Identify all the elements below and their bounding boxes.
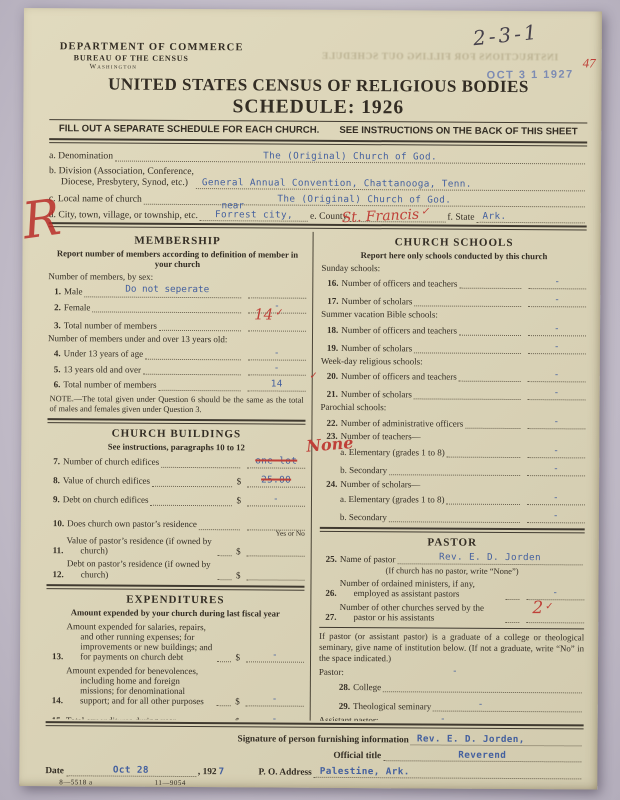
- q24a-row: a. Elementary (grades 1 to 8) -: [340, 492, 585, 505]
- q24a-label: a. Elementary (grades 1 to 8): [340, 494, 445, 505]
- dollar-sign: $: [236, 652, 241, 662]
- summer-schools-label: Summer vacation Bible schools:: [321, 309, 586, 321]
- q25-row: 25. Name of pastor Rev. E. D. Jorden: [320, 552, 585, 566]
- q7-answer-cell: one lot: [247, 456, 305, 468]
- q19-row: 19. Number of scholars -: [321, 341, 586, 355]
- q23b-row: b. Secondary -: [340, 463, 585, 476]
- q20-label: Number of officers and teachers: [341, 371, 457, 382]
- division-value: General Annual Convention, Chattanooga, …: [202, 177, 472, 190]
- q6-label: Total number of members: [63, 380, 156, 391]
- q12-label: Debt on pastor’s residence (if owned by …: [67, 559, 215, 580]
- rule: [46, 584, 304, 591]
- dotted-leader: Do not seperate: [84, 285, 241, 298]
- dotted-leader: [414, 388, 521, 401]
- dotted-leader: The (Original) Church of God.: [115, 149, 585, 164]
- q24b-label: b. Secondary: [340, 512, 387, 522]
- state-value: Ark.: [483, 210, 507, 221]
- official-title-typed-value: Reverend: [458, 750, 506, 761]
- dotted-leader: [389, 510, 520, 523]
- q18-answer-cell: -: [528, 324, 586, 336]
- dotted-leader: [217, 650, 231, 662]
- official-title-label: Official title: [333, 751, 381, 761]
- dotted-leader: General Annual Convention, Chattanooga, …: [196, 177, 585, 191]
- q1-typed-answer: Do not seperate: [125, 285, 209, 296]
- q11-answer-cell: [247, 544, 305, 556]
- dotted-leader: [161, 455, 240, 467]
- membership-note: NOTE.—The total given under Question 6 s…: [48, 394, 306, 416]
- date-address-row: Date Oct 28 , 192 7 P. O. Address Palest…: [45, 764, 583, 779]
- dotted-leader: [199, 518, 240, 530]
- q5-label: 13 years old and over: [64, 364, 142, 375]
- dotted-leader: Ark.: [477, 210, 585, 223]
- po-address-label: P. O. Address: [258, 767, 311, 777]
- dotted-leader: Reverend: [383, 749, 581, 762]
- q4-label: Under 13 years of age: [64, 349, 144, 360]
- members-by-sex-label: Number of members, by sex:: [48, 271, 306, 283]
- q11-label: Value of pastor’s residence (if owned by…: [66, 535, 215, 556]
- form-code-1: 8—5518 a: [59, 778, 92, 786]
- q23a-label: a. Elementary (grades 1 to 8): [340, 447, 445, 458]
- dotted-leader: Oct 28: [66, 764, 196, 777]
- denomination-label: a. Denomination: [49, 150, 113, 161]
- dotted-leader: [143, 363, 241, 376]
- expenditures-subtitle: Amount expended by your church during la…: [50, 607, 300, 619]
- q14-label: Amount expended for benevolences, includ…: [66, 665, 214, 707]
- dotted-leader: [159, 319, 241, 332]
- q19-answer-cell: -: [528, 342, 586, 354]
- q22-label: Number of administrative officers: [341, 418, 464, 429]
- q29-label: Theological seminary: [353, 701, 431, 712]
- two-column-body: MEMBERSHIP Report number of members acco…: [46, 230, 587, 723]
- printed-year: , 192: [198, 767, 217, 777]
- instructions-banner: FILL OUT A SEPARATE SCHEDULE FOR EACH CH…: [49, 120, 587, 139]
- q22-row: 22. Number of administrative officers -: [320, 416, 585, 430]
- q21-answer-cell: -: [528, 388, 586, 400]
- q27-answer-cell: 2✓: [526, 611, 584, 623]
- q9-label: Debt on church edifices: [63, 495, 149, 506]
- q10-answer-cell: Yes or No: [247, 518, 305, 530]
- signature-row: Signature of person furnishing informati…: [238, 732, 584, 746]
- q13-label: Amount expended for salaries, repairs, a…: [66, 621, 214, 663]
- rule: [319, 627, 584, 630]
- division-row: b. Division (Association, Conference, Di…: [49, 165, 587, 191]
- q17-label: Number of scholars: [341, 296, 412, 307]
- q22-answer-cell: -: [527, 417, 585, 429]
- dollar-sign: $: [235, 696, 240, 706]
- scanned-form-page: INSTRUCTIONS FOR FILLING OUT SCHEDULE 2-…: [19, 8, 602, 790]
- schools-subtitle: Report here only schools conducted by th…: [325, 249, 582, 261]
- dotted-leader: [505, 587, 519, 599]
- photo-background: { "marks": { "corner_code": "2-3-1", "re…: [0, 0, 620, 800]
- q23b-answer-cell: -: [527, 464, 585, 476]
- dotted-leader: [459, 370, 521, 382]
- q7-label: Number of church edifices: [63, 457, 159, 468]
- q5-row: 5. 13 years old and over -: [48, 362, 306, 376]
- q27-row: 27. Number of other churches served by t…: [319, 602, 584, 624]
- red-corner-number: 47: [583, 55, 596, 71]
- q6-red-check: ✓: [309, 370, 317, 381]
- parochial-schools-label: Parochial schools:: [321, 402, 586, 414]
- expenditures-title: EXPENDITURES: [46, 593, 304, 607]
- dotted-leader: [447, 446, 521, 458]
- dotted-leader: The (Original) Church of God.: [144, 192, 585, 207]
- dotted-leader: [459, 277, 521, 289]
- right-column: CHURCH SCHOOLS Report here only schools …: [311, 231, 587, 722]
- graduate-instructions: If pastor (or assistant pastor) is a gra…: [319, 631, 584, 665]
- q20-row: 20. Number of officers and teachers -: [321, 369, 586, 383]
- pastor-group-label-row: Pastor: -: [319, 667, 584, 679]
- q28-label: College: [353, 682, 381, 692]
- dotted-leader: [92, 301, 241, 314]
- q27-red-annotation: 2✓: [532, 598, 553, 618]
- q8-row: 8. Value of church edifices $ 25.00: [47, 474, 305, 488]
- q16-row: 16. Number of officers and teachers -: [321, 276, 586, 290]
- dollar-sign: $: [236, 496, 241, 506]
- dotted-leader: [446, 493, 520, 505]
- q26-label: Number of ordained ministers, if any, em…: [340, 578, 504, 599]
- q25-typed-answer: Rev. E. D. Jorden: [439, 553, 541, 564]
- q24-row: 24. Number of scholars—: [320, 478, 585, 490]
- q18-row: 18. Number of officers and teachers -: [321, 323, 586, 337]
- dollar-sign: $: [236, 570, 241, 580]
- q26-row: 26. Number of ordained ministers, if any…: [319, 578, 584, 600]
- q12-row: 12. Debt on pastor’s residence (if owned…: [47, 559, 305, 581]
- q3-red-annotation: 14✓: [254, 307, 284, 325]
- q24-label: Number of scholars—: [340, 478, 420, 489]
- q23b-label: b. Secondary: [340, 465, 387, 475]
- schools-title: CHURCH SCHOOLS: [322, 235, 587, 249]
- yes-or-no-hint: Yes or No: [276, 529, 305, 537]
- dotted-leader: [217, 568, 231, 580]
- po-address-typed-value: Palestine, Ark.: [320, 766, 410, 778]
- dotted-leader: Rev. E. D. Jorden: [397, 552, 582, 565]
- signature-footer: Signature of person furnishing informati…: [45, 719, 583, 789]
- red-margin-letter: R: [20, 192, 64, 247]
- q18-label: Number of officers and teachers: [341, 325, 457, 336]
- dotted-leader: near Forrest city,: [200, 209, 308, 222]
- dotted-leader: [217, 544, 231, 556]
- q13-answer-cell: -: [246, 651, 304, 663]
- received-date-stamp: OCT 3 1 1927: [486, 69, 573, 82]
- date-typed-value: Oct 28: [113, 765, 149, 776]
- buildings-red-note: None: [306, 434, 354, 457]
- rule: [47, 418, 305, 425]
- q9-answer-cell: -: [247, 494, 305, 506]
- q3-row: 3. Total number of members 14✓: [48, 318, 306, 332]
- identity-section: a. Denomination The (Original) Church of…: [49, 145, 588, 232]
- dotted-leader: [216, 694, 230, 706]
- state-label: f. State: [447, 211, 474, 222]
- official-title-row: Official title Reverend: [333, 749, 583, 763]
- date-label: Date: [45, 766, 64, 776]
- left-column: MEMBERSHIP Report number of members acco…: [46, 230, 314, 721]
- q1-label: Male: [64, 287, 83, 297]
- banner-right: SEE INSTRUCTIONS ON THE BACK OF THIS SHE…: [339, 125, 577, 137]
- q1-answer-cell: [248, 286, 306, 298]
- dotted-leader: [383, 681, 582, 694]
- q10-row: 10. Does church own pastor’s residence Y…: [47, 517, 305, 531]
- dotted-leader: [152, 474, 232, 486]
- dotted-leader: [159, 378, 241, 391]
- q27-label: Number of other churches served by the p…: [340, 602, 504, 623]
- dotted-leader: St. Francis✓: [349, 210, 445, 223]
- q3-answer-cell: 14✓: [248, 320, 306, 332]
- bleed-through-text: INSTRUCTIONS FOR FILLING OUT SCHEDULE: [308, 52, 572, 64]
- dotted-leader: [459, 324, 521, 336]
- rule: [49, 222, 587, 230]
- q5-answer-cell: -: [248, 364, 306, 376]
- pastor-title: PASTOR: [320, 536, 585, 550]
- dotted-leader: [465, 417, 520, 429]
- sunday-schools-label: Sunday schools:: [321, 263, 586, 275]
- dotted-leader: [150, 493, 231, 505]
- q8-struck-answer: 25.00: [261, 474, 291, 485]
- members-by-age-label: Number of members under and over 13 year…: [48, 333, 306, 345]
- city-county-state-row: d. City, town, village, or township, etc…: [49, 208, 587, 223]
- q1-row: 1. Male Do not seperate: [48, 285, 306, 299]
- q24a-answer-cell: -: [527, 493, 585, 505]
- buildings-title: CHURCH BUILDINGS: [47, 427, 305, 441]
- dotted-leader: Palestine, Ark.: [314, 766, 582, 780]
- q2-label: Female: [64, 302, 91, 312]
- local-name-value: The (Original) Church of God.: [277, 193, 451, 205]
- q12-answer-cell: [247, 568, 305, 580]
- q11-row: 11. Value of pastor’s residence (if owne…: [47, 535, 305, 557]
- q23a-row: a. Elementary (grades 1 to 8) -: [340, 445, 585, 458]
- q24b-row: b. Secondary -: [340, 510, 585, 523]
- pastor-group-label: Pastor:: [319, 667, 344, 677]
- banner-left: FILL OUT A SEPARATE SCHEDULE FOR EACH CH…: [59, 123, 320, 136]
- dotted-leader: [389, 463, 520, 476]
- weekday-schools-label: Week-day religious schools:: [321, 356, 586, 368]
- signature-typed-value: Rev. E. D. Jorden,: [417, 733, 525, 745]
- form-code-2: 11—9054: [155, 779, 186, 787]
- q16-answer-cell: -: [528, 277, 586, 289]
- typed-year-digit: 7: [218, 766, 224, 777]
- q17-answer-cell: -: [528, 295, 586, 307]
- q9-row: 9. Debt on church edifices $ -: [47, 493, 305, 507]
- q8-label: Value of church edifices: [63, 476, 150, 487]
- pastor-typed-dash: -: [452, 666, 458, 677]
- q29-typed-dash: -: [478, 700, 484, 711]
- q25-label: Name of pastor: [340, 553, 396, 563]
- membership-title: MEMBERSHIP: [49, 234, 307, 248]
- local-name-row: c. Local name of church The (Original) C…: [49, 192, 587, 207]
- q14-row: 14. Amount expended for benevolences, in…: [46, 665, 304, 707]
- q23a-answer-cell: -: [527, 446, 585, 458]
- denomination-value: The (Original) Church of God.: [263, 150, 437, 162]
- membership-subtitle: Report number of members according to de…: [52, 248, 302, 270]
- q8-answer-cell: 25.00: [247, 475, 305, 487]
- q10-label: Does church own pastor’s residence: [67, 519, 197, 530]
- dollar-sign: $: [237, 477, 242, 487]
- dotted-leader: Rev. E. D. Jorden,: [411, 733, 582, 746]
- rule: [46, 721, 584, 729]
- local-name-label: c. Local name of church: [49, 193, 142, 205]
- dotted-leader: [414, 295, 521, 308]
- dotted-leader: [414, 341, 521, 354]
- q29-row: 29. Theological seminary -: [339, 699, 584, 712]
- schedule-year: SCHEDULE: 1926: [49, 95, 587, 120]
- q3-label: Total number of members: [64, 320, 157, 331]
- dollar-sign: $: [236, 546, 241, 556]
- rule: [320, 527, 585, 534]
- buildings-subtitle: See instructions, paragraphs 10 to 12 No…: [51, 441, 301, 453]
- q19-label: Number of scholars: [341, 343, 412, 354]
- assistant-typed-dash: -: [440, 714, 446, 723]
- q23-row: 23. Number of teachers—: [320, 431, 585, 443]
- dotted-leader: -: [433, 700, 582, 713]
- q14-answer-cell: -: [246, 695, 304, 707]
- denomination-row: a. Denomination The (Original) Church of…: [49, 149, 587, 164]
- q28-row: 28. College: [339, 680, 584, 693]
- q13-row: 13. Amount expended for salaries, repair…: [46, 621, 304, 663]
- q16-label: Number of officers and teachers: [342, 278, 458, 289]
- q21-row: 21. Number of scholars -: [321, 387, 586, 401]
- q6-answer-cell: 14 ✓: [248, 379, 306, 391]
- county-handwritten-value: St. Francis✓: [341, 206, 429, 226]
- q21-label: Number of scholars: [341, 389, 412, 400]
- division-label: b. Division (Association, Conference, Di…: [49, 165, 194, 189]
- city-label: d. City, town, village, or township, etc…: [49, 209, 198, 221]
- q4-row: 4. Under 13 years of age -: [48, 347, 306, 361]
- q20-answer-cell: -: [528, 370, 586, 382]
- dotted-leader: [145, 347, 241, 360]
- q4-answer-cell: -: [248, 348, 306, 360]
- q6-row: 6. Total number of members 14 ✓: [48, 378, 306, 392]
- q25-note: (If church has no pastor, write “None”): [320, 565, 585, 577]
- signature-label: Signature of person furnishing informati…: [238, 734, 409, 745]
- form-codes: 8—5518 a 11—9054: [59, 778, 583, 789]
- q7-struck-answer: one lot: [255, 455, 297, 466]
- city-value: Forrest city,: [215, 209, 293, 220]
- q7-row: 7. Number of church edifices one lot: [47, 455, 305, 469]
- q24b-answer-cell: -: [527, 511, 585, 523]
- q17-row: 17. Number of scholars -: [321, 294, 586, 308]
- dotted-leader: [505, 611, 519, 623]
